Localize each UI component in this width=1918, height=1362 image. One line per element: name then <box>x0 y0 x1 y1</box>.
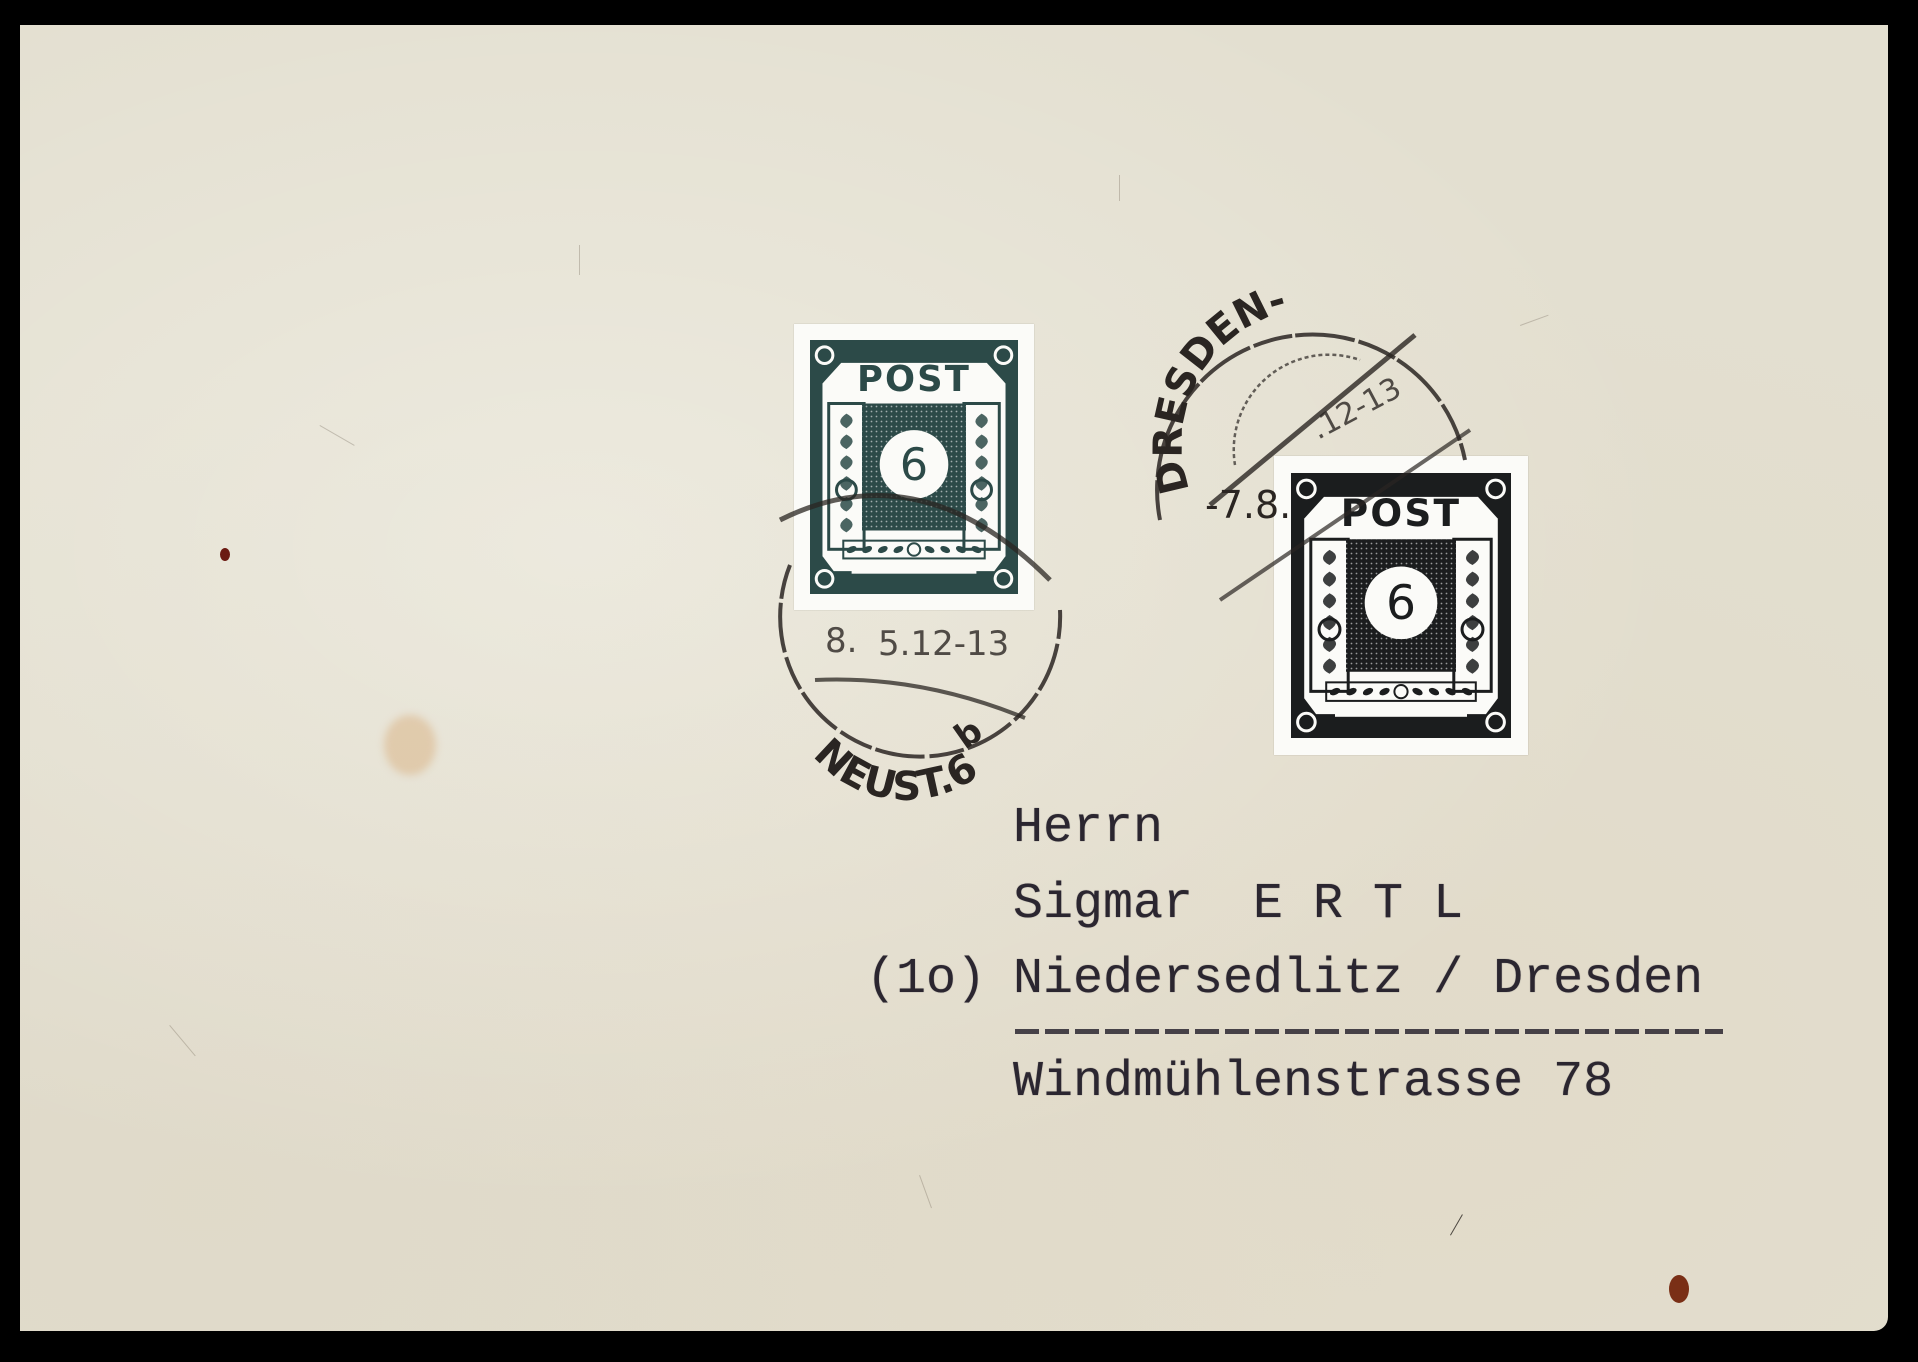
rust-spot <box>220 548 230 561</box>
stamp-design: 6POST <box>1274 456 1528 755</box>
address-salutation: Herrn <box>1013 804 1163 854</box>
address-name: Sigmar E R T L <box>1013 880 1463 930</box>
postage-stamp-black: 6POST <box>1274 456 1528 755</box>
postage-stamp-green: 6POST <box>794 324 1034 610</box>
foxing-stain <box>384 715 436 775</box>
envelope <box>20 25 1888 1331</box>
address-underline <box>1015 1029 1723 1034</box>
stamp-design: 6POST <box>794 324 1034 610</box>
rust-spot <box>1669 1275 1689 1303</box>
svg-text:6: 6 <box>1386 576 1416 631</box>
svg-text:POST: POST <box>857 359 971 400</box>
svg-text:6: 6 <box>900 439 928 491</box>
svg-text:POST: POST <box>1341 491 1461 535</box>
address-postal-zone: (1o) <box>866 955 986 1005</box>
address-city: Niedersedlitz / Dresden <box>1013 955 1703 1005</box>
address-street: Windmühlenstrasse 78 <box>1013 1058 1613 1108</box>
